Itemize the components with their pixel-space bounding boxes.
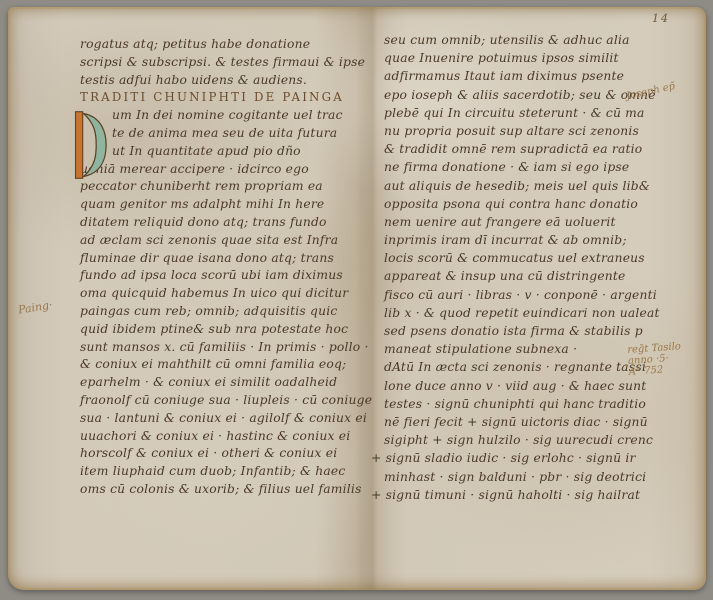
text-line: fisco cū auri · libras · v · conponē · a… xyxy=(384,286,686,304)
text-line: oma quicquid habemus In uico qui dicitur xyxy=(80,285,372,303)
text-line: lone duce anno v · viid aug · & haec sun… xyxy=(384,377,686,395)
text-line: seu cum omnib; utensilis & adhuc alia xyxy=(384,31,686,49)
text-line: fundo ad ipsa loca scorū ubi iam diximus xyxy=(80,267,372,285)
text-line: te de anima mea seu de uita futura xyxy=(80,125,372,143)
text-line: locis scorū & commucatus uel extraneus xyxy=(384,249,686,267)
text-line: aut aliquis de hesedib; meis uel quis li… xyxy=(384,177,686,195)
text-line: + signū sladio iudic · sig erlohc · sign… xyxy=(371,449,686,467)
text-line: quam genitor ms adalpht mihi In here xyxy=(80,196,372,214)
text-line: horscolf & coniux ei · otheri & coniux e… xyxy=(80,445,372,463)
left-page-text: rogatus atq; petitus habe donationescrip… xyxy=(80,36,372,499)
text-line: scripsi & subscripsi. & testes firmaui &… xyxy=(80,54,372,72)
text-line: adfirmamus Itaut iam diximus psente xyxy=(384,67,686,85)
text-line: & coniux ei mahthilt cū omni familia eoq… xyxy=(80,356,372,374)
text-line: quae Inuenire potuimus ipsos similit xyxy=(384,49,686,67)
text-line: ditatem reliquid dono atq; trans fundo xyxy=(80,214,372,232)
text-line: testis adfui habo uidens & audiens. xyxy=(80,72,372,90)
text-line: uuachori & coniux ei · hastinc & coniux … xyxy=(80,428,372,446)
text-line: rogatus atq; petitus habe donatione xyxy=(80,36,372,54)
text-line: ut In quantitate apud pio dño xyxy=(80,143,372,161)
charter-body: um In dei nomine cogitante uel tracte de… xyxy=(80,107,372,499)
text-line: lib x · & quod repetit euindicari non ua… xyxy=(384,304,686,322)
text-line: & tradidit omnē rem supradictā ea ratio xyxy=(384,140,686,158)
text-line: item liuphaid cum duob; Infantib; & haec xyxy=(80,463,372,481)
text-line: sed psens donatio ista firma & stabilis … xyxy=(384,322,686,340)
text-line: ne firma donatione · & iam si ego ipse xyxy=(384,158,686,176)
text-line: sigipht + sign hulzilo · sig uurecudi cr… xyxy=(384,431,686,449)
text-line: nu propria posuit sup altare sci zenonis xyxy=(384,122,686,140)
text-line: nē fieri fecit + signū uictoris diac · s… xyxy=(384,413,686,431)
text-line: quid ibidem ptine& sub nra potestate hoc xyxy=(80,321,372,339)
text-line: ueniā merear accipere · idcirco ego xyxy=(80,161,372,179)
text-line: + signū timuni · signū haholti · sig hai… xyxy=(371,486,686,504)
right-page-text: seu cum omnib; utensilis & adhuc aliaqua… xyxy=(384,31,686,504)
left-body-lines: um In dei nomine cogitante uel tracte de… xyxy=(80,107,372,499)
text-line: testes · signū chuniphti qui hanc tradit… xyxy=(384,395,686,413)
folio-number: 14 xyxy=(652,12,670,25)
decorated-initial-d-icon xyxy=(70,109,108,181)
text-line: sunt mansos x. cū familiis · In primis ·… xyxy=(80,339,372,357)
text-line: fluminae dir quae isana dono atq; trans xyxy=(80,250,372,268)
manuscript-photo: { "folio_number": "14", "left_page": { "… xyxy=(0,0,713,600)
text-line: plebē qui In circuitu steterunt · & cū m… xyxy=(384,104,686,122)
text-line: minhast · sign balduni · pbr · sig deotr… xyxy=(384,468,686,486)
left-closing-lines: rogatus atq; petitus habe donationescrip… xyxy=(80,36,372,89)
text-line: appareat & insup una cū distringente xyxy=(384,267,686,285)
text-line: fraonolf cū coniuge sua · liupleis · cū … xyxy=(80,392,372,410)
text-line: peccator chuniberht rem propriam ea xyxy=(80,178,372,196)
margin-note-dating: reg̃t Tasiloanno ·5·A° 752 xyxy=(627,341,683,378)
text-line: sua · lantuni & coniux ei · agilolf & co… xyxy=(80,410,372,428)
text-line: opposita psona qui contra hanc donatio xyxy=(384,195,686,213)
text-line: inprimis iram dī incurrat & ab omnib; xyxy=(384,231,686,249)
text-line: paingas cum reb; omnib; adquisitis quic xyxy=(80,303,372,321)
text-line: nem uenire aut frangere eā uoluerit xyxy=(384,213,686,231)
text-line: oms cū colonis & uxorib; & filius uel fa… xyxy=(80,481,372,499)
rubric-heading: TRADITI CHUNIPHTI DE PAINGA xyxy=(80,89,372,107)
text-line: ad æclam sci zenonis quae sita est Infra xyxy=(80,232,372,250)
text-line: um In dei nomine cogitante uel trac xyxy=(80,107,372,125)
text-line: eparhelm · & coniux ei similit oadalheid xyxy=(80,374,372,392)
right-body-lines: seu cum omnib; utensilis & adhuc aliaqua… xyxy=(384,31,686,504)
